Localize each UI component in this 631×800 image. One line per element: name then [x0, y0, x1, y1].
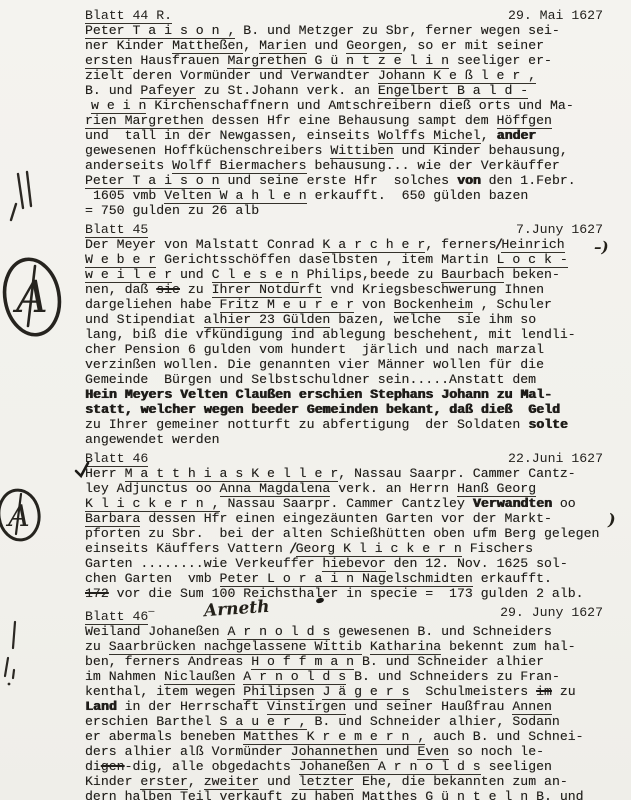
text-line: einseits Käuffers Vattern /Georg K l i c…: [85, 541, 603, 556]
text-line: Peter T a i s o n , B. und Metzger zu Sb…: [85, 23, 603, 38]
section-date: 29. Juny 1627: [500, 605, 603, 624]
text-line: dargeliehen habe Fritz M e u r e r von B…: [85, 297, 603, 312]
section-heading: Blatt 46—: [85, 605, 152, 624]
text-line: ders alhier alß Vormünder Johannethen un…: [85, 744, 603, 759]
text-line: und Stipendiat alhier 23 Gülden bazen, w…: [85, 312, 603, 327]
text-line: Land in der Herrschaft Vinstirgen und se…: [85, 699, 603, 714]
text-line: gewesenen Hoffküchenschreibers Wittiben …: [85, 143, 603, 158]
typewritten-text-block: Blatt 44 R.29. Mai 1627Peter T a i s o n…: [0, 8, 631, 800]
text-line: pforten zu Sbr. bei der alten Schießhütt…: [85, 526, 603, 541]
section-heading-row: Blatt 44 R.29. Mai 1627: [85, 8, 603, 23]
text-line: W e b e r Gerichtsschöffen daselbsten , …: [85, 252, 603, 267]
text-line: w e i n Kirchenschaffnern und Amtschreib…: [85, 98, 603, 113]
text-line: kenthal, item wegen Philipsen J ä g e r …: [85, 684, 603, 699]
section-date: 29. Mai 1627: [508, 8, 603, 23]
text-line: Herr M a t t h i a s K e l l e r, Nassau…: [85, 466, 603, 481]
text-line: angewendet werden: [85, 432, 603, 447]
margin-double-stroke-mark: [8, 170, 36, 222]
text-line: Peter T a i s o n und seine erste Hfr so…: [85, 173, 603, 188]
section-blatt-45: Blatt 457.Juny 1627Der Meyer von Malstat…: [0, 222, 631, 447]
section-date: 22.Juni 1627: [508, 451, 603, 466]
text-line: zu Ihrer gemeiner notturft zu abfertigun…: [85, 417, 603, 432]
section-blatt-46-a: Blatt 4622.Juni 1627Herr M a t t h i a s…: [0, 451, 631, 601]
text-line: zu Saarbrücken nachgelassene Wittib Kath…: [85, 639, 603, 654]
text-line: ner Kinder Mattheßen, Marien und Georgen…: [85, 38, 603, 53]
section-blatt-46-b: Blatt 46—29. Juny 1627Weiland Johaneßen …: [0, 605, 631, 800]
handwritten-slash: /: [291, 541, 296, 556]
text-line: verzinßen wollen. Die genannten vier Män…: [85, 357, 603, 372]
text-line: chen Garten vmb Peter L o r a i n Nagels…: [85, 571, 603, 586]
text-line: rien Margrethen dessen Hfr eine Behausun…: [85, 113, 603, 128]
text-line: cher Pension 6 gulden vom hundert järlic…: [85, 342, 603, 357]
text-line: zielt deren Vormünder und Verwandter Joh…: [85, 68, 603, 83]
text-line: 172 vor die Sum 100 Reichsthaler in spec…: [85, 586, 603, 601]
text-line: Weiland Johaneßen A r n o l d s gewesene…: [85, 624, 603, 639]
margin-check-mark: [74, 461, 90, 479]
margin-paren-mark: ): [608, 510, 616, 529]
text-line: ben, ferners Andreas H o f f m a n B. un…: [85, 654, 603, 669]
text-line: Gemeinde Bürgen und Selbstschuldner sein…: [85, 372, 603, 387]
text-line: B. und Pafeyer zu St.Johann verk. an Eng…: [85, 83, 603, 98]
text-line: statt, welcher wegen beeder Gemeinden be…: [85, 402, 603, 417]
margin-stroke-marks: [2, 620, 24, 688]
text-line: ersten Hausfrauen Margrethen G ü n t z e…: [85, 53, 603, 68]
text-line: nen, daß sie zu Ihrer Notdurft vnd Krieg…: [85, 282, 603, 297]
text-line: Kinder erster, zweiter und letzter Ehe, …: [85, 774, 603, 789]
section-heading: Blatt 44 R.: [85, 8, 172, 23]
section-blatt-44r: Blatt 44 R.29. Mai 1627Peter T a i s o n…: [0, 8, 631, 218]
margin-circled-a-mark-2: A: [0, 486, 43, 544]
document-page: Blatt 44 R.29. Mai 1627Peter T a i s o n…: [0, 0, 631, 800]
text-line: Garten ........wie Verkeuffer hiebevor d…: [85, 556, 603, 571]
text-line: = 750 gulden zu 26 alb: [85, 203, 603, 218]
text-line: Barbara dessen Hfr einen eingezäunten Ga…: [85, 511, 603, 526]
text-line: dern halben Teil verkauft zu haben Matth…: [85, 789, 603, 800]
text-line: ley Adjunctus oo Anna Magdalena verk. an…: [85, 481, 603, 496]
text-line: lang, biß die vfkündigung ind ablegung b…: [85, 327, 603, 342]
section-heading-row: Blatt 4622.Juni 1627: [85, 451, 603, 466]
text-line: Hein Meyers Velten Claußen erschien Step…: [85, 387, 603, 402]
text-line: er abermals beneben Matthes K r e m e r …: [85, 729, 603, 744]
text-line: Der Meyer von Malstatt Conrad K a r c h …: [85, 237, 603, 252]
text-line: w e i l e r und C l e s e n Philips,beed…: [85, 267, 603, 282]
section-heading-row: Blatt 457.Juny 1627: [85, 222, 603, 237]
section-heading: Blatt 46: [85, 451, 148, 466]
section-heading-row: Blatt 46—29. Juny 1627: [85, 605, 603, 624]
text-line: K l i c k e r n , Nassau Saarpr. Cammer …: [85, 496, 603, 511]
text-line: digen-dig, alle obgedachts Johaneßen A r…: [85, 759, 603, 774]
margin-circled-a-mark-1: A: [1, 254, 65, 340]
section-heading: Blatt 45: [85, 222, 148, 237]
text-line: und tall in der Newgassen, einseits Wolf…: [85, 128, 603, 143]
text-line: 1605 vmb Velten W a h l e n erkaufft. 65…: [85, 188, 603, 203]
text-line: anderseits Wolff Biermachers behausung..…: [85, 158, 603, 173]
text-line: im Nahmen Niclaußen A r n o l d s B. und…: [85, 669, 603, 684]
section-date: 7.Juny 1627: [516, 222, 603, 237]
text-line: erschien Barthel S a u e r , B. und Schn…: [85, 714, 603, 729]
margin-dash-paren-mark: –): [594, 238, 609, 256]
